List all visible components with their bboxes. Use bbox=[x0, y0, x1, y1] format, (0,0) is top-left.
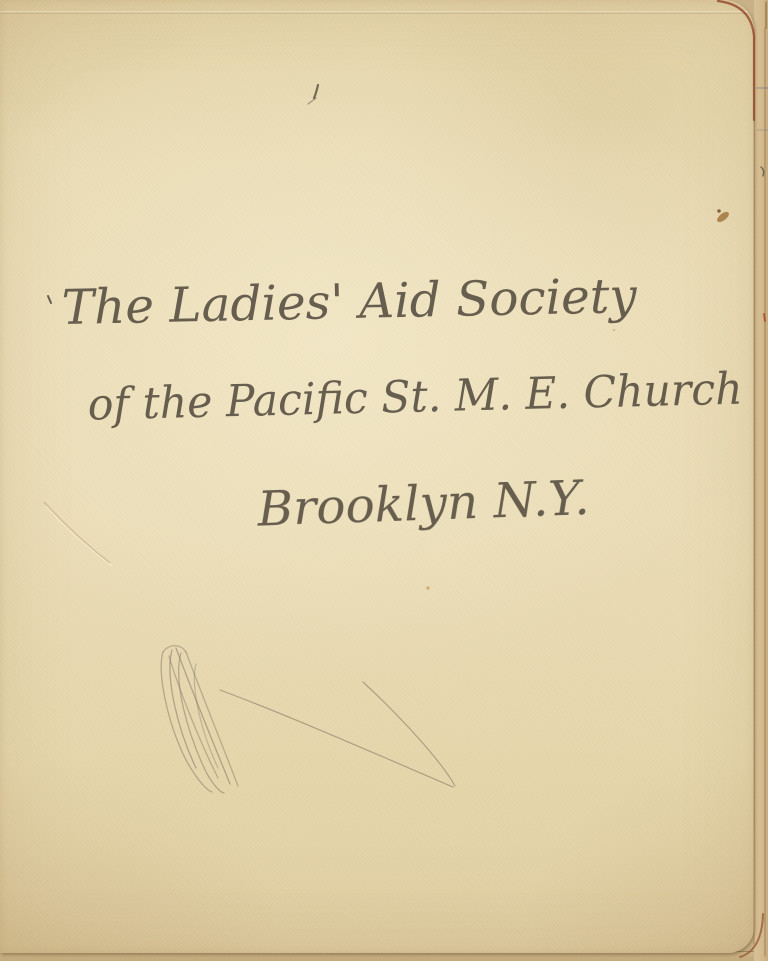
album-page bbox=[0, 0, 754, 953]
scanned-page-photo: The Ladies' Aid Society of the Pacific S… bbox=[0, 0, 768, 961]
book-fore-edge bbox=[754, 0, 768, 961]
